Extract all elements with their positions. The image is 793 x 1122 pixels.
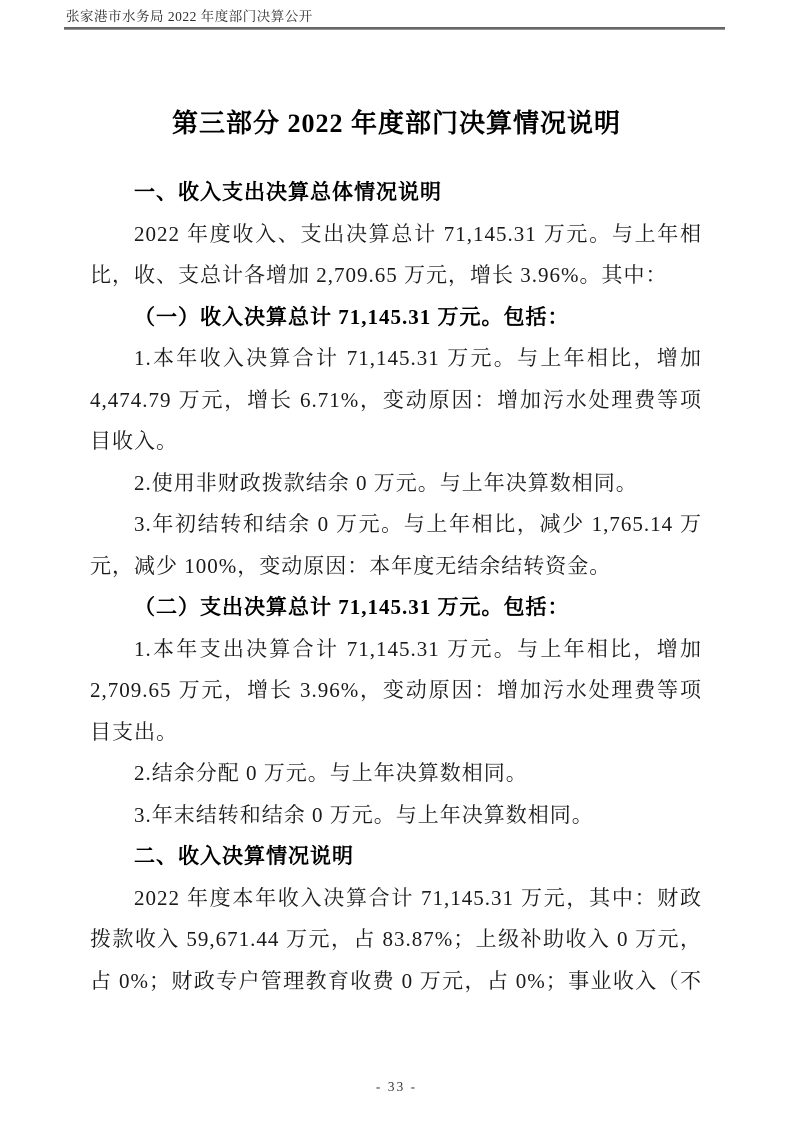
document-line: 2022 年度收入、支出决算总计 71,145.31 万元。与上年相 [90, 214, 702, 256]
document-title: 第三部分 2022 年度部门决算情况说明 [0, 103, 793, 140]
document-body: 一、收入支出决算总体情况说明2022 年度收入、支出决算总计 71,145.31… [90, 172, 702, 1002]
document-page: 张家港市水务局 2022 年度部门决算公开 第三部分 2022 年度部门决算情况… [0, 0, 793, 1122]
document-line: （二）支出决算总计 71,145.31 万元。包括： [90, 587, 702, 629]
document-line: 元，减少 100%，变动原因：本年度无结余结转资金。 [90, 546, 702, 588]
document-line: 二、收入决算情况说明 [90, 836, 702, 878]
document-line: 2022 年度本年收入决算合计 71,145.31 万元，其中：财政 [90, 878, 702, 920]
page-number: - 33 - [0, 1079, 793, 1095]
document-line: 占 0%；财政专户管理教育收费 0 万元，占 0%；事业收入（不含 [90, 961, 702, 1003]
header-divider [64, 27, 725, 30]
document-line: 比，收、支总计各增加 2,709.65 万元，增长 3.96%。其中： [90, 255, 702, 297]
document-line: 4,474.79 万元，增长 6.71%，变动原因：增加污水处理费等项 [90, 380, 702, 422]
document-line: 拨款收入 59,671.44 万元，占 83.87%；上级补助收入 0 万元， [90, 919, 702, 961]
document-line: 一、收入支出决算总体情况说明 [90, 172, 702, 214]
document-line: 2.使用非财政拨款结余 0 万元。与上年决算数相同。 [90, 463, 702, 505]
document-line: 1.本年支出决算合计 71,145.31 万元。与上年相比，增加 [90, 629, 702, 671]
document-line: （一）收入决算总计 71,145.31 万元。包括： [90, 297, 702, 339]
document-line: 1.本年收入决算合计 71,145.31 万元。与上年相比，增加 [90, 338, 702, 380]
document-line: 目收入。 [90, 421, 702, 463]
document-line: 2,709.65 万元，增长 3.96%，变动原因：增加污水处理费等项 [90, 670, 702, 712]
document-line: 2.结余分配 0 万元。与上年决算数相同。 [90, 753, 702, 795]
document-line: 3.年初结转和结余 0 万元。与上年相比，减少 1,765.14 万 [90, 504, 702, 546]
page-header-text: 张家港市水务局 2022 年度部门决算公开 [66, 8, 313, 26]
document-line: 目支出。 [90, 712, 702, 754]
document-line: 3.年末结转和结余 0 万元。与上年决算数相同。 [90, 795, 702, 837]
